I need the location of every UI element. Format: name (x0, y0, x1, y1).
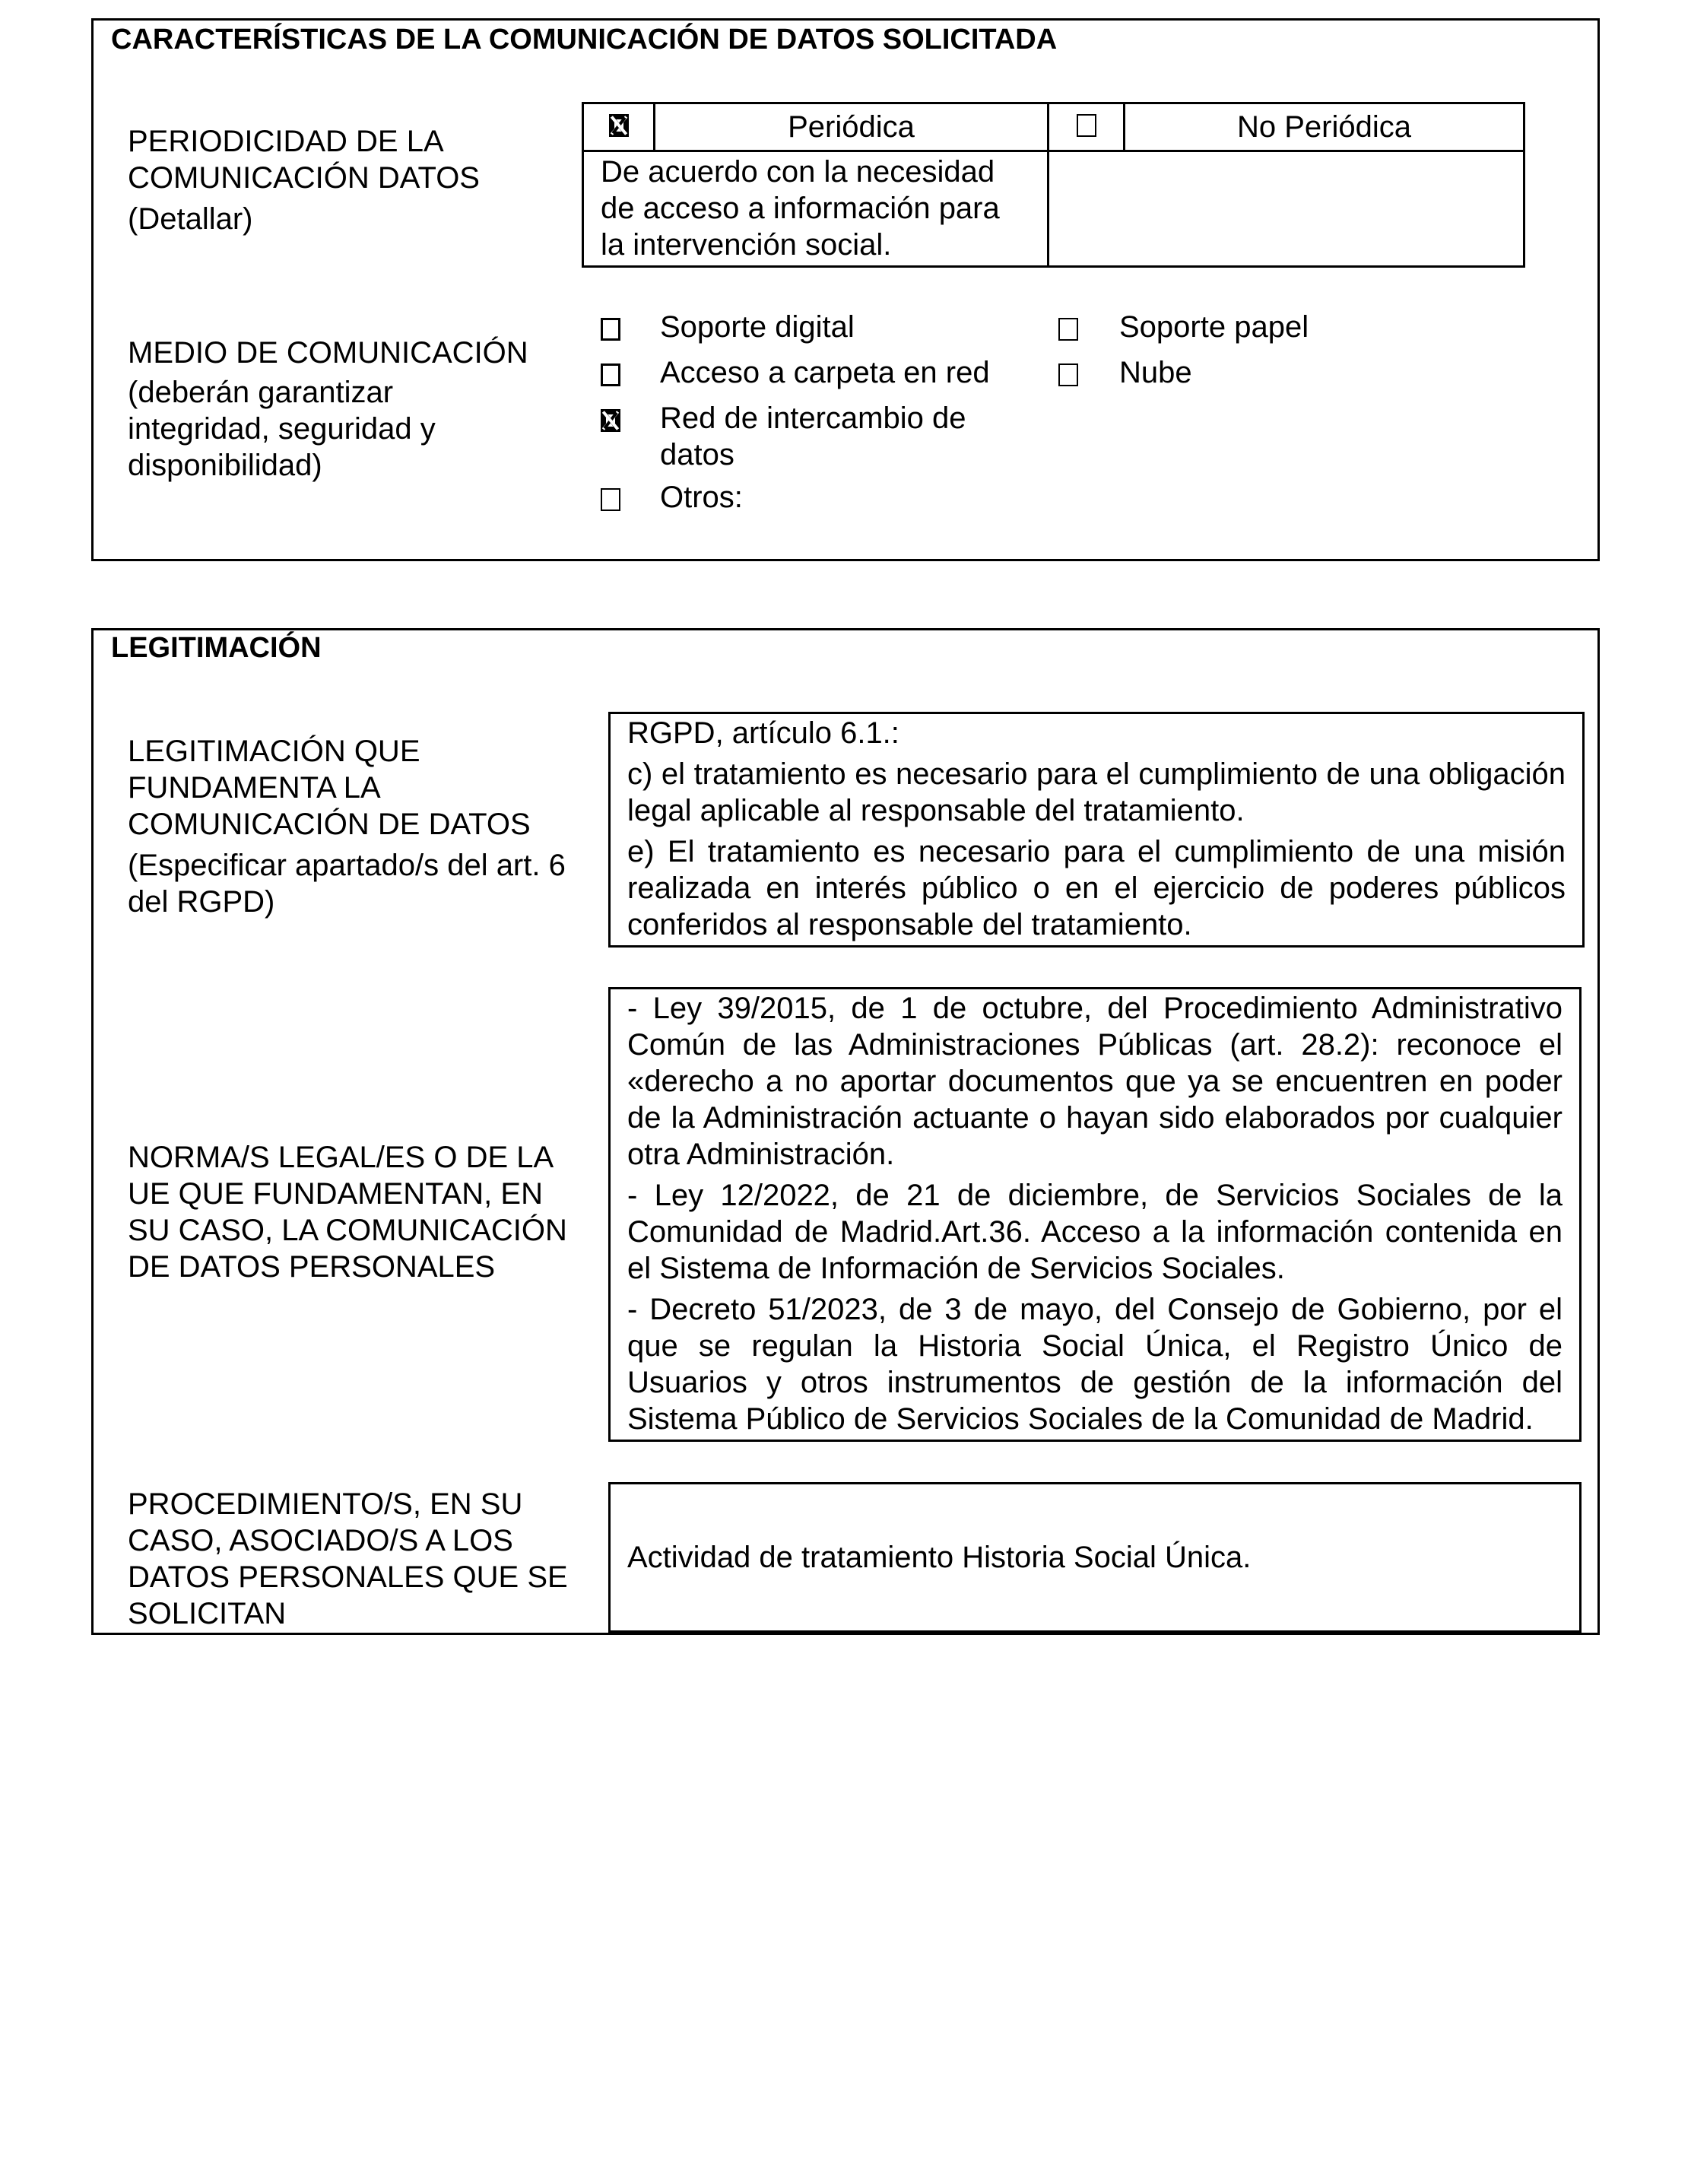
periodic-detail-line: De acuerdo con la necesidad (601, 154, 1030, 190)
option-label: Red de intercambio de datos (660, 400, 966, 473)
legal-basis-label-line: FUNDAMENTA LA (128, 770, 566, 806)
option-label: Acceso a carpeta en red (660, 354, 990, 391)
legal-norms-box: - Ley 39/2015, de 1 de octubre, del Proc… (608, 987, 1582, 1442)
medium-label-line: (deberán garantizar (128, 374, 528, 411)
periodicity-label-line: PERIODICIDAD DE LA (128, 123, 480, 160)
option-label: Soporte papel (1119, 309, 1309, 345)
legal-basis-paragraph: c) el tratamiento es necesario para el c… (627, 756, 1566, 829)
checkbox-empty-icon[interactable] (601, 363, 620, 386)
procedures-label: PROCEDIMIENTO/S, EN SU CASO, ASOCIADO/S … (128, 1486, 568, 1632)
legal-norms-label: NORMA/S LEGAL/ES O DE LA UE QUE FUNDAMEN… (128, 1139, 567, 1285)
checkbox-empty-icon[interactable] (1058, 318, 1078, 341)
legal-basis-paragraph: RGPD, artículo 6.1.: (627, 715, 1566, 751)
procedures-label-line: CASO, ASOCIADO/S A LOS (128, 1522, 568, 1559)
legal-basis-label-line: COMUNICACIÓN DE DATOS (128, 806, 566, 843)
periodicity-label-line: (Detallar) (128, 201, 480, 237)
legal-norms-label-line: SU CASO, LA COMUNICACIÓN (128, 1212, 567, 1249)
medium-label-line: disponibilidad) (128, 447, 528, 484)
checkbox-empty-icon[interactable] (1077, 114, 1096, 137)
legal-norm-paragraph: - Decreto 51/2023, de 3 de mayo, del Con… (627, 1291, 1563, 1437)
legal-norm-paragraph: - Ley 39/2015, de 1 de octubre, del Proc… (627, 990, 1563, 1173)
checkbox-empty-icon[interactable] (1058, 363, 1078, 386)
section-title-legitimation: LEGITIMACIÓN (111, 631, 322, 665)
periodic-detail-line: la intervención social. (601, 227, 1030, 263)
periodicity-label-line: COMUNICACIÓN DATOS (128, 160, 480, 196)
periodic-detail: De acuerdo con la necesidad de acceso a … (583, 151, 1049, 267)
periodic-detail-line: de acceso a información para (601, 190, 1030, 227)
checkbox-checked-icon[interactable] (609, 114, 629, 137)
option-label: Nube (1119, 354, 1192, 391)
procedures-box: Actividad de tratamiento Historia Social… (608, 1482, 1582, 1634)
procedures-label-line: PROCEDIMIENTO/S, EN SU (128, 1486, 568, 1522)
periodic-checkbox-cell[interactable] (583, 103, 655, 151)
legal-norms-label-line: DE DATOS PERSONALES (128, 1249, 567, 1285)
option-non-periodic: No Periódica (1125, 103, 1524, 151)
legal-norms-label-line: UE QUE FUNDAMENTAN, EN (128, 1176, 567, 1212)
legal-basis-label-line: LEGITIMACIÓN QUE (128, 733, 566, 770)
option-periodic: Periódica (655, 103, 1049, 151)
procedures-label-line: DATOS PERSONALES QUE SE (128, 1559, 568, 1595)
legal-basis-label-line: (Especificar apartado/s del art. 6 (128, 847, 566, 884)
legal-basis-box: RGPD, artículo 6.1.: c) el tratamiento e… (608, 712, 1585, 948)
option-label: Soporte digital (660, 309, 855, 345)
checkbox-empty-icon[interactable] (601, 318, 620, 341)
non-periodic-checkbox-cell[interactable] (1049, 103, 1125, 151)
medium-label-line: integridad, seguridad y (128, 411, 528, 447)
option-label-line: datos (660, 436, 966, 473)
option-label-line: Red de intercambio de (660, 400, 966, 436)
periodicity-label: PERIODICIDAD DE LA COMUNICACIÓN DATOS (D… (128, 123, 480, 237)
option-label: Otros: (660, 479, 743, 516)
legal-norm-paragraph: - Ley 12/2022, de 21 de diciembre, de Se… (627, 1177, 1563, 1287)
checkbox-checked-icon[interactable] (601, 409, 620, 432)
procedures-label-line: SOLICITAN (128, 1595, 568, 1632)
legal-basis-paragraph: e) El tratamiento es necesario para el c… (627, 833, 1566, 943)
procedures-value: Actividad de tratamiento Historia Social… (627, 1539, 1251, 1576)
medium-label-line: MEDIO DE COMUNICACIÓN (128, 335, 528, 371)
non-periodic-detail (1049, 151, 1524, 267)
legal-basis-label: LEGITIMACIÓN QUE FUNDAMENTA LA COMUNICAC… (128, 733, 566, 920)
legal-norms-label-line: NORMA/S LEGAL/ES O DE LA (128, 1139, 567, 1176)
legal-basis-label-line: del RGPD) (128, 884, 566, 920)
section-title-characteristics: CARACTERÍSTICAS DE LA COMUNICACIÓN DE DA… (111, 23, 1057, 56)
periodicity-table: Periódica No Periódica De acuerdo con la… (582, 102, 1525, 268)
checkbox-empty-icon[interactable] (601, 488, 620, 511)
medium-label: MEDIO DE COMUNICACIÓN (deberán garantiza… (128, 335, 528, 484)
